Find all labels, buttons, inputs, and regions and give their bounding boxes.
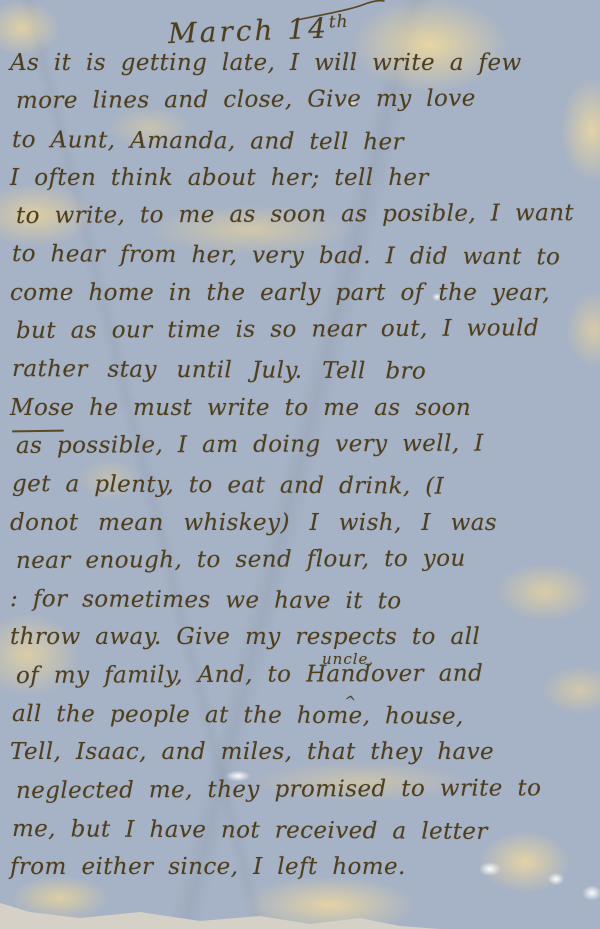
- letter-line: to Aunt, Amanda, and tell her: [12, 121, 596, 163]
- letter-line: : for sometimes we have it to: [10, 580, 596, 622]
- letter-line: Tell, Isaac, and miles, that they have: [10, 733, 596, 771]
- letter-line: neglected me, they promised to write to: [16, 769, 596, 810]
- letter-line: to hear from her, very bad. I did want t…: [12, 235, 596, 277]
- letter-date-ordinal: th: [328, 12, 348, 33]
- letter-line: Mose he must write to me as soon: [10, 389, 596, 427]
- letter-line: to write, to me as soon as posible, I wa…: [16, 194, 596, 235]
- letter-line: all the people at the home, house,: [12, 695, 596, 737]
- letter-line: as possible, I am doing very well, I: [16, 424, 596, 465]
- letter-line: from either since, I left home.: [10, 848, 596, 886]
- letter-line: near enough, to send flour, to you: [16, 539, 596, 580]
- letter-line: more lines and close, Give my love: [16, 79, 596, 120]
- letter-line: get a plenty, to eat and drink, (I: [12, 465, 596, 507]
- letter-line: throw away. Give my respects to all: [10, 618, 596, 656]
- letter-body: As it is getting late, I will write a fe…: [10, 44, 596, 887]
- letter-paper: March 14th As it is getting late, I will…: [0, 0, 600, 929]
- letter-line: but as our time is so near out, I would: [16, 309, 596, 350]
- letter-line: me, but I have not received a letter: [12, 810, 596, 852]
- letter-line: I often think about her; tell her: [10, 159, 596, 197]
- letter-content: March 14th As it is getting late, I will…: [0, 0, 600, 929]
- inserted-word-uncle: uncle,: [322, 650, 374, 668]
- letter-line: come home in the early part of the year,: [10, 274, 596, 312]
- scanned-letter-image: March 14th As it is getting late, I will…: [0, 0, 600, 929]
- letter-line: donot mean whiskey) I wish, I was: [10, 504, 596, 542]
- letter-line: rather stay until July. Tell bro: [12, 350, 596, 392]
- letter-line: As it is getting late, I will write a fe…: [10, 44, 596, 82]
- caret-mark: ^: [343, 693, 357, 710]
- letter-line: of my family, And, to Handover and: [16, 654, 596, 695]
